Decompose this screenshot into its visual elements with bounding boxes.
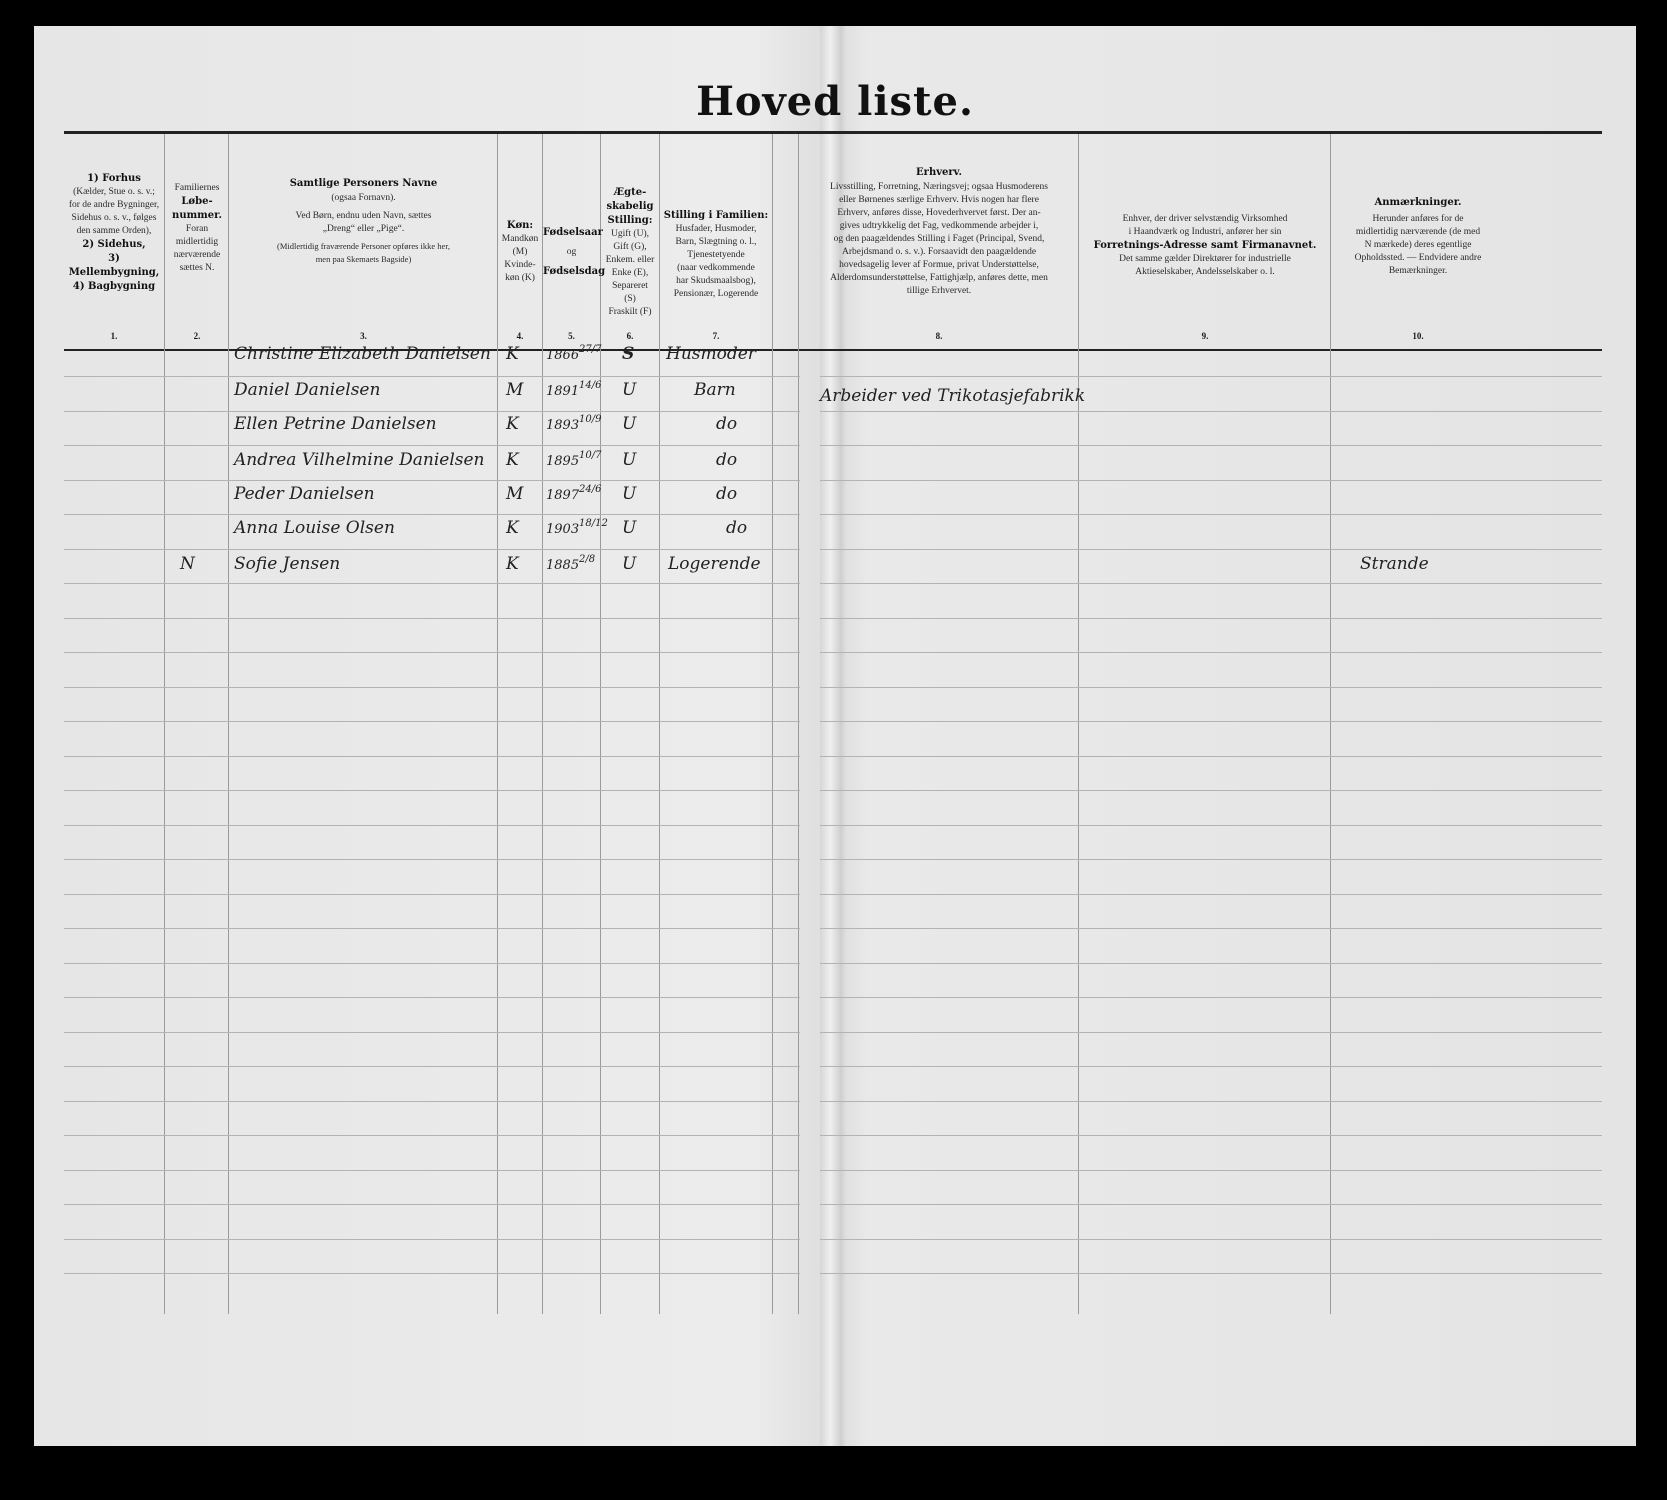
ruled-line — [820, 721, 1602, 722]
header-col-3: Samtlige Personers Navne (ogsaa Fornavn)… — [230, 176, 497, 266]
family-position: Barn — [694, 380, 736, 400]
birth-year: 1903 — [546, 522, 579, 537]
column-number-7: 7. — [660, 331, 772, 341]
birth-day: 18/12 — [579, 518, 608, 529]
birth-year: 1866 — [546, 348, 579, 363]
person-name: Daniel Danielsen — [234, 380, 380, 400]
family-position: Husmoder — [666, 344, 756, 364]
birth-year: 1891 — [546, 384, 579, 399]
ruled-line — [64, 756, 800, 757]
header-col-6: Ægte- skabelig Stilling: Ugift (U), Gift… — [601, 186, 659, 319]
ruled-line — [64, 1066, 800, 1067]
divider-9 — [1330, 134, 1331, 1314]
ruled-line — [820, 894, 1602, 895]
ruled-line — [64, 1170, 800, 1171]
ruled-line — [64, 1135, 800, 1136]
ruled-line — [820, 1032, 1602, 1033]
ruled-line — [820, 1101, 1602, 1102]
divider-4 — [542, 134, 543, 1314]
occupation: Arbeider ved Trikotasjefabrikk — [820, 386, 1085, 406]
marital-status: U — [622, 450, 636, 470]
divider-7b — [798, 134, 799, 1314]
divider-6 — [659, 134, 660, 1314]
header-col-4: Køn: Mandkøn (M) Kvinde- køn (K) — [498, 219, 542, 285]
ruled-line — [820, 549, 1602, 550]
ruled-line — [820, 514, 1602, 515]
ruled-line — [820, 963, 1602, 964]
divider-7 — [772, 134, 773, 1314]
ruled-line — [820, 756, 1602, 757]
family-position: Logerende — [668, 554, 761, 574]
ruled-line — [64, 721, 800, 722]
ruled-line — [64, 859, 800, 860]
person-name: Andrea Vilhelmine Danielsen — [234, 450, 484, 470]
column-number-8: 8. — [800, 331, 1078, 341]
ruled-line — [64, 1273, 800, 1274]
ruled-line — [64, 928, 800, 929]
header-col-8: Erhverv. Livsstilling, Forretning, Nærin… — [800, 166, 1078, 298]
ruled-line — [820, 928, 1602, 929]
column-number-9: 9. — [1080, 331, 1330, 341]
marital-status: U — [622, 380, 636, 400]
ruled-line — [820, 1239, 1602, 1240]
header-col-2: Familiernes Løbe- nummer. Foran midlerti… — [166, 182, 228, 275]
ruled-line — [64, 997, 800, 998]
birth-year: 1885 — [546, 558, 579, 573]
column-number-2: 2. — [166, 331, 228, 341]
sex: K — [506, 450, 519, 470]
ruled-line — [64, 894, 800, 895]
sex: M — [506, 380, 523, 400]
birth-day: 2/8 — [579, 554, 595, 565]
person-name: Ellen Petrine Danielsen — [234, 414, 437, 434]
ruled-line — [64, 652, 800, 653]
ruled-line — [820, 1204, 1602, 1205]
marital-status: U — [622, 484, 636, 504]
birth-day: 10/7 — [579, 450, 601, 461]
ruled-line — [820, 1066, 1602, 1067]
ruled-line — [64, 549, 800, 550]
divider-1 — [164, 134, 165, 1314]
column-number-5: 5. — [543, 331, 600, 341]
sex: K — [506, 344, 519, 364]
census-form-page: Hoved liste. 1) Forhus (Kælder, Stue o. … — [34, 26, 1636, 1446]
birth-year: 1893 — [546, 418, 579, 433]
ruled-line — [820, 445, 1602, 446]
ruled-line — [820, 790, 1602, 791]
ruled-line — [64, 480, 800, 481]
ruled-line — [64, 1032, 800, 1033]
ruled-line — [64, 376, 800, 377]
ruled-line — [820, 1170, 1602, 1171]
ruled-line — [820, 411, 1602, 412]
ruled-line — [64, 687, 800, 688]
family-position: do — [726, 518, 747, 538]
ruled-line — [820, 480, 1602, 481]
ruled-line — [64, 1101, 800, 1102]
ruled-line — [820, 583, 1602, 584]
person-name: Anna Louise Olsen — [234, 518, 395, 538]
marital-status: S — [622, 344, 634, 364]
column-number-1: 1. — [62, 331, 166, 341]
person-name: Sofie Jensen — [234, 554, 340, 574]
ruled-line — [64, 445, 800, 446]
ruled-line — [820, 825, 1602, 826]
header-col-10: Anmærkninger. Herunder anføres for de mi… — [1332, 196, 1504, 278]
ruled-line — [64, 583, 800, 584]
header-col-9: Enhver, der driver selvstændig Virksomhe… — [1080, 213, 1330, 279]
ruled-line — [64, 1204, 800, 1205]
ruled-line — [64, 514, 800, 515]
birth-day: 14/6 — [579, 380, 601, 391]
sex: K — [506, 414, 519, 434]
birth-day: 27/7 — [579, 344, 601, 355]
form-title: Hoved liste. — [34, 78, 1636, 125]
column-number-10: 10. — [1332, 331, 1504, 341]
ruled-line — [64, 1239, 800, 1240]
ruled-line — [64, 825, 800, 826]
person-name: Christine Elizabeth Danielsen — [234, 344, 491, 364]
marital-status: U — [622, 518, 636, 538]
family-position: do — [716, 450, 737, 470]
column-number-4: 4. — [498, 331, 542, 341]
column-number-6: 6. — [601, 331, 659, 341]
ruled-line — [64, 411, 800, 412]
family-position: do — [716, 484, 737, 504]
ruled-line — [820, 618, 1602, 619]
birth-year: 1895 — [546, 454, 579, 469]
header-col-5: Fødselsaar og Fødselsdag — [543, 226, 600, 279]
column-number-3: 3. — [230, 331, 497, 341]
ruled-line — [820, 997, 1602, 998]
divider-2 — [228, 134, 229, 1314]
header-col-7: Stilling i Familien: Husfader, Husmoder,… — [660, 209, 772, 301]
ruled-line — [64, 618, 800, 619]
ruled-line — [820, 859, 1602, 860]
birth-day: 24/6 — [579, 484, 601, 495]
ruled-line — [820, 652, 1602, 653]
sex: M — [506, 484, 523, 504]
ruled-line — [64, 790, 800, 791]
birth-day: 10/9 — [579, 414, 601, 425]
ruled-line — [64, 963, 800, 964]
header-col-1: 1) Forhus (Kælder, Stue o. s. v.; for de… — [62, 172, 166, 294]
remarks: Strande — [1360, 554, 1429, 574]
marital-status: U — [622, 414, 636, 434]
ruled-line — [820, 687, 1602, 688]
family-number: N — [180, 554, 195, 574]
sex: K — [506, 518, 519, 538]
ruled-line — [820, 1135, 1602, 1136]
top-rule — [64, 131, 1602, 134]
divider-8 — [1078, 134, 1079, 1314]
ruled-line — [820, 1273, 1602, 1274]
family-position: do — [716, 414, 737, 434]
divider-3 — [497, 134, 498, 1314]
marital-status: U — [622, 554, 636, 574]
birth-year: 1897 — [546, 488, 579, 503]
person-name: Peder Danielsen — [234, 484, 375, 504]
ruled-line — [820, 376, 1602, 377]
sex: K — [506, 554, 519, 574]
